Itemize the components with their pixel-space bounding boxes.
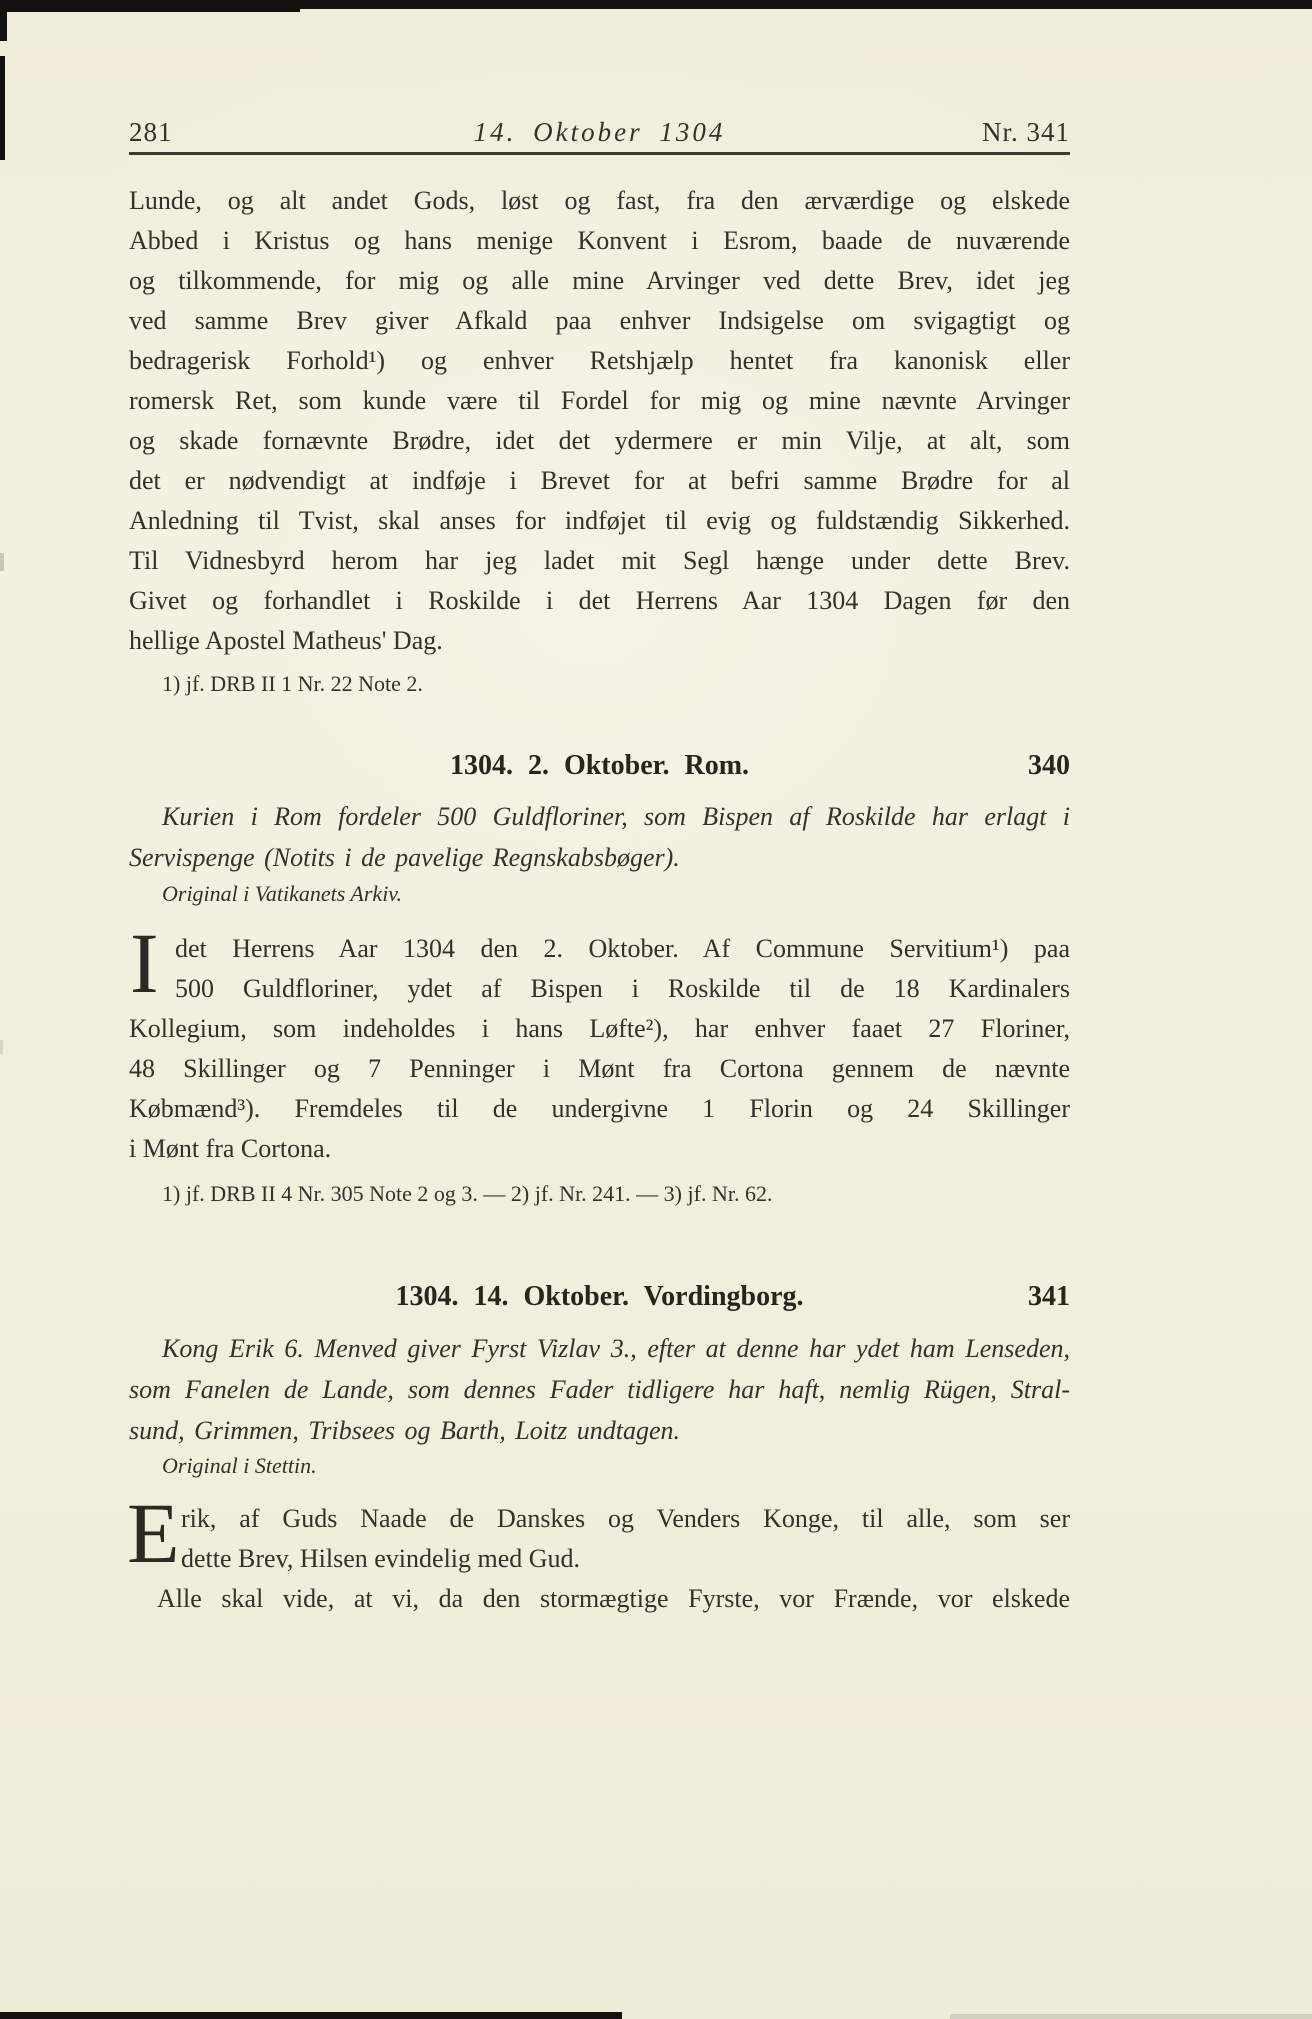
scanned-page: 281 14. Oktober 1304 Nr. 341 Lunde, og a… <box>0 0 1312 2019</box>
summary-line: sund, Grimmen, Tribsees og Barth, Loitz … <box>129 1410 1070 1451</box>
scan-artifact-left-strip-lower <box>0 56 5 160</box>
running-entry-number: Nr. 341 <box>982 117 1070 148</box>
scan-artifact-bottom-shade <box>950 2014 1312 2019</box>
body-line: ved samme Brev giver Afkald paa enhver I… <box>129 301 1070 341</box>
body-line: i Mønt fra Cortona. <box>129 1129 1070 1169</box>
entry-340-body: det Herrens Aar 1304 den 2. Oktober. Af … <box>129 929 1070 1169</box>
body-line: Lunde, og alt andet Gods, løst og fast, … <box>129 181 1070 221</box>
scan-artifact-left-tick <box>0 553 4 571</box>
body-line: og tilkommende, for mig og alle mine Arv… <box>129 261 1070 301</box>
body-line: Købmænd³). Fremdeles til de undergivne 1… <box>129 1089 1070 1129</box>
body-line: romersk Ret, som kunde være til Fordel f… <box>129 381 1070 421</box>
body-line: Abbed i Kristus og hans menige Konvent i… <box>129 221 1070 261</box>
entry-340-heading-row: 1304. 2. Oktober. Rom. 340 <box>129 750 1070 784</box>
summary-line: Kong Erik 6. Menved giver Fyrst Vizlav 3… <box>129 1328 1070 1369</box>
body-line: bedragerisk Forhold¹) og enhver Retshjæl… <box>129 341 1070 381</box>
body-line: 48 Skillinger og 7 Penninger i Mønt fra … <box>129 1049 1070 1089</box>
body-line: dette Brev, Hilsen evindelig med Gud. <box>129 1539 1070 1579</box>
body-line: rik, af Guds Naade de Danskes og Venders… <box>129 1499 1070 1539</box>
entry-340-summary: Kurien i Rom fordeler 500 Guldfloriner, … <box>129 796 1070 878</box>
entry-341-source: Original i Stettin. <box>129 1453 1070 1479</box>
body-line: hellige Apostel Matheus' Dag. <box>129 621 1070 661</box>
body-line: det Herrens Aar 1304 den 2. Oktober. Af … <box>129 929 1070 969</box>
header-rule <box>129 152 1070 155</box>
entry-340-source: Original i Vatikanets Arkiv. <box>129 881 1070 907</box>
scan-artifact-left-strip-upper <box>0 9 7 41</box>
footnote-entry-340: 1) jf. DRB II 4 Nr. 305 Note 2 og 3. — 2… <box>129 1181 1070 1207</box>
scan-artifact-top-bar <box>0 0 1312 9</box>
scan-artifact-bottom-bar <box>0 2012 622 2019</box>
body-line: Anledning til Tvist, skal anses for indf… <box>129 501 1070 541</box>
entry-340-number: 340 <box>1028 750 1070 782</box>
entry-341-summary: Kong Erik 6. Menved giver Fyrst Vizlav 3… <box>129 1328 1070 1451</box>
entry-341-body: rik, af Guds Naade de Danskes og Venders… <box>129 1499 1070 1619</box>
summary-line: som Fanelen de Lande, som dennes Fader t… <box>129 1369 1070 1410</box>
entry-341-heading: 1304. 14. Oktober. Vordingborg. <box>129 1281 1070 1313</box>
running-title: 14. Oktober 1304 <box>129 117 1070 148</box>
body-line: og skade fornævnte Brødre, idet det yder… <box>129 421 1070 461</box>
summary-line: Servispenge (Notits i de pavelige Regnsk… <box>129 837 1070 878</box>
body-line: Givet og forhandlet i Roskilde i det Her… <box>129 581 1070 621</box>
entry-341-number: 341 <box>1028 1281 1070 1313</box>
running-head: 281 14. Oktober 1304 Nr. 341 <box>129 114 1070 148</box>
previous-entry-body: Lunde, og alt andet Gods, løst og fast, … <box>129 181 1070 661</box>
footnote-previous-entry: 1) jf. DRB II 1 Nr. 22 Note 2. <box>129 671 1070 697</box>
body-line: Til Vidnesbyrd herom har jeg ladet mit S… <box>129 541 1070 581</box>
body-line: Kollegium, som indeholdes i hans Løfte²)… <box>129 1009 1070 1049</box>
scan-artifact-left-tick-2 <box>0 1040 3 1054</box>
entry-341-heading-row: 1304. 14. Oktober. Vordingborg. 341 <box>129 1281 1070 1315</box>
scan-artifact-top-bar-thick <box>0 9 300 12</box>
body-line: Alle skal vide, at vi, da den stormægtig… <box>129 1579 1070 1619</box>
body-line: det er nødvendigt at indføje i Brevet fo… <box>129 461 1070 501</box>
entry-340-heading: 1304. 2. Oktober. Rom. <box>129 750 1070 782</box>
summary-line: Kurien i Rom fordeler 500 Guldfloriner, … <box>129 796 1070 837</box>
body-line: 500 Guldfloriner, ydet af Bispen i Roski… <box>129 969 1070 1009</box>
